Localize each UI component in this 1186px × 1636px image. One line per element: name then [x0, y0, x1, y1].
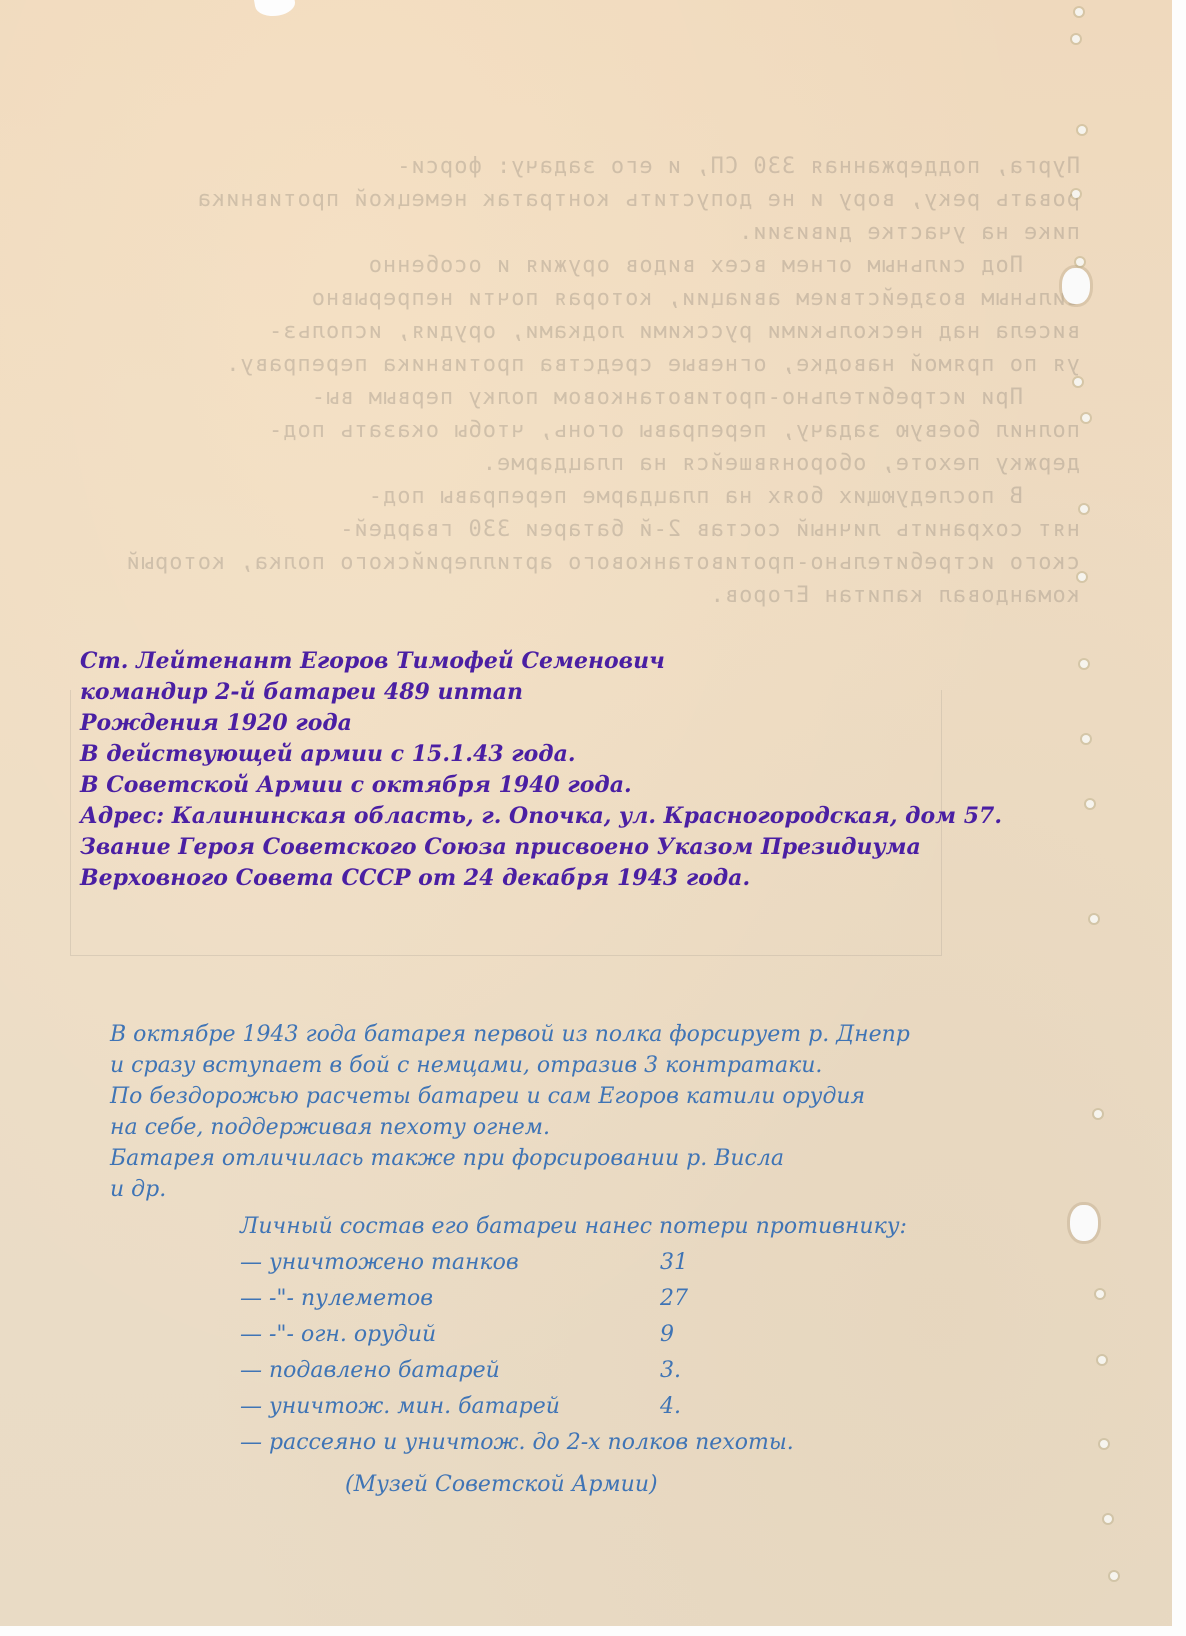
perforation — [1072, 35, 1080, 43]
perforation — [1094, 1110, 1102, 1118]
bleed-line: командовал капитан Егоров. — [40, 579, 1080, 612]
perforation — [1072, 190, 1080, 198]
bleed-line: уя по прямой наводке, огневые средства п… — [40, 348, 1080, 381]
narrative-line: на себе, поддерживая пехоту огнем. — [110, 1115, 1140, 1146]
punch-hole — [1070, 1205, 1098, 1241]
perforation — [1086, 800, 1094, 808]
punch-hole — [1062, 268, 1090, 304]
document-sheet: Пурга, поддержанная 330 СП, и его задачу… — [0, 0, 1172, 1636]
purple-handwritten-record: Ст. Лейтенант Егоров Тимофей Семенович к… — [80, 648, 1140, 896]
losses-row: — уничтож. мин. батарей 4. — [240, 1394, 1140, 1430]
perforation — [1080, 505, 1088, 513]
narrative-line: В октябре 1943 года батарея первой из по… — [110, 1022, 1140, 1053]
losses-list: Личный состав его батареи нанес потери п… — [240, 1214, 1140, 1466]
bleed-line: нят сохранить личный состав 2-й батареи … — [40, 513, 1080, 546]
narrative-line: и др. — [110, 1177, 1140, 1208]
losses-row: — -"- пулеметов 27 — [240, 1286, 1140, 1322]
losses-value: 27 — [660, 1286, 740, 1322]
losses-item: — -"- огн. орудий — [240, 1322, 660, 1358]
bleed-line: сильным воздействием авиации, которая по… — [40, 282, 1080, 315]
bleed-line: висела над несколькими русскими лодками,… — [40, 315, 1080, 348]
perforation — [1080, 660, 1088, 668]
perforation — [1090, 915, 1098, 923]
perforation — [1082, 414, 1090, 422]
bleed-line: держку пехоте, оборонявшейся на плацдарм… — [40, 447, 1080, 480]
losses-item: — уничтожено танков — [240, 1250, 660, 1286]
birth-year-line: Рождения 1920 года — [80, 710, 1140, 741]
losses-value: 9 — [660, 1322, 740, 1358]
narrative-line: Батарея отличилась также при форсировани… — [110, 1146, 1140, 1177]
losses-row: — подавлено батарей 3. — [240, 1358, 1140, 1394]
torn-corner — [253, 0, 297, 19]
narrative-line: и сразу вступает в бой с немцами, отрази… — [110, 1053, 1140, 1084]
scanner-edge — [1172, 0, 1186, 1636]
perforation — [1078, 126, 1086, 134]
perforation — [1075, 8, 1083, 16]
bleed-through-typed-text: Пурга, поддержанная 330 СП, и его задачу… — [40, 150, 1080, 612]
losses-item: — -"- пулеметов — [240, 1286, 660, 1322]
bleed-line: При истребительно-противотанковом полку … — [40, 381, 1080, 414]
perforation — [1076, 258, 1084, 266]
losses-row: — -"- огн. орудий 9 — [240, 1322, 1140, 1358]
bleed-line: ровать реку, вору и не допустить контрат… — [40, 183, 1080, 216]
award-line-2: Верховного Совета СССР от 24 декабря 194… — [80, 865, 1140, 896]
perforation — [1098, 1356, 1106, 1364]
narrative-line: По бездорожью расчеты батареи и сам Егор… — [110, 1084, 1140, 1115]
perforation — [1082, 735, 1090, 743]
soviet-army-line: В Советской Армии с октября 1940 года. — [80, 772, 1140, 803]
address-line: Адрес: Калининская область, г. Опочка, у… — [80, 803, 1140, 834]
losses-value: 3. — [660, 1358, 740, 1394]
bleed-line: ского истребительно-противотанкового арт… — [40, 546, 1080, 579]
perforation — [1100, 1440, 1108, 1448]
losses-value: 4. — [660, 1394, 740, 1430]
rank-name-line: Ст. Лейтенант Егоров Тимофей Семенович — [80, 648, 1140, 679]
losses-intro: Личный состав его батареи нанес потери п… — [240, 1214, 1140, 1250]
award-line-1: Звание Героя Советского Союза присвоено … — [80, 834, 1140, 865]
source-citation: (Музей Советской Армии) — [345, 1472, 1140, 1503]
scanner-bottom-edge — [0, 1626, 1186, 1636]
losses-item: — уничтож. мин. батарей — [240, 1394, 660, 1430]
perforation — [1078, 573, 1086, 581]
losses-row: — уничтожено танков 31 — [240, 1250, 1140, 1286]
losses-item: — подавлено батарей — [240, 1358, 660, 1394]
perforation — [1096, 1290, 1104, 1298]
losses-value: 31 — [660, 1250, 740, 1286]
perforation — [1074, 378, 1082, 386]
position-line: командир 2-й батареи 489 иптап — [80, 679, 1140, 710]
losses-item: — рассеяно и уничтож. до 2-х полков пехо… — [240, 1430, 940, 1466]
blue-handwritten-narrative: В октябре 1943 года батарея первой из по… — [110, 1022, 1140, 1503]
active-army-line: В действующей армии с 15.1.43 года. — [80, 741, 1140, 772]
bleed-line: Под сильным огнем всех видов оружия и ос… — [40, 249, 1080, 282]
losses-row: — рассеяно и уничтож. до 2-х полков пехо… — [240, 1430, 1140, 1466]
bleed-line: В последующих боях на плацдарме переправ… — [40, 480, 1080, 513]
perforation — [1104, 1515, 1112, 1523]
bleed-line: полнил боевую задачу, переправы огонь, ч… — [40, 414, 1080, 447]
bleed-line: Пурга, поддержанная 330 СП, и его задачу… — [40, 150, 1080, 183]
bleed-line: пике на участке дивизии. — [40, 216, 1080, 249]
perforation — [1110, 1572, 1118, 1580]
